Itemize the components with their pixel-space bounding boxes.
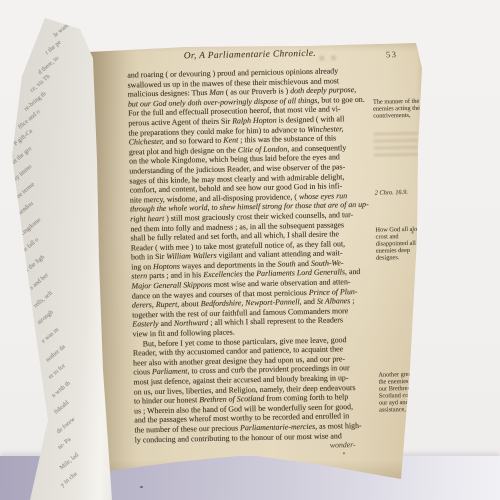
page-edge-text-fragment: r the pe: [44, 39, 63, 56]
page-edge-text-fragment: f the ligh: [24, 254, 46, 274]
page-edge-text-fragment: er to for: [47, 362, 67, 380]
page-edge-text-fragment: friendou: [14, 200, 35, 219]
page-edge-text-fragment: Kingdome: [18, 216, 43, 238]
page-edge-text-fragment: y in cha: [59, 471, 79, 489]
page-edge-text-fragment: nr- Pa: [56, 436, 72, 451]
ghost-marks: [314, 53, 340, 63]
page-number: 53: [386, 49, 398, 59]
page-content: Or, A Parliamentarie Chronicle. 53 and r…: [66, 32, 437, 487]
page-edge-text-fragment: ne fall o: [20, 236, 40, 254]
page-edge-text-fragment: fideabl: [53, 399, 71, 415]
page-edge-text-fragment: ut the gro: [11, 145, 34, 166]
ink-speck: [412, 231, 414, 234]
page-edge-text-fragment: de forew: [55, 416, 76, 435]
book-photo: Or, A Parliamentarie Chronicle. 53 and r…: [0, 0, 500, 500]
book-page: Or, A Parliamentarie Chronicle. 53 and r…: [66, 38, 428, 486]
page-edge-text-fragment: P gift-Ca: [12, 128, 34, 148]
body-text: and roaring ( or devouring ) proud and p…: [127, 66, 380, 445]
page-edge-text-fragment: n with th: [50, 380, 71, 400]
page-edge-text-fragment: Mile, lad: [58, 452, 80, 472]
page-edge-text-fragment: d there, to: [37, 55, 61, 76]
page-edge-text-fragment: nother da: [44, 343, 66, 363]
running-header-title: Or, A Parliamentarie Chronicle.: [184, 49, 316, 62]
page-edge-text-fragment: rells, selt: [32, 290, 54, 310]
margin-note: The manner of the enemies acting their c…: [373, 98, 429, 120]
page-edge-text-fragment: s and her: [28, 272, 50, 292]
margin-note: Another great plot of the enemies to hin…: [378, 370, 435, 414]
margin-note: How God all along crost and disappointed…: [375, 226, 432, 263]
page-edge-text-fragment: ce, vis Th: [29, 73, 52, 94]
ink-speck: [343, 452, 345, 454]
page-edge-text-fragment: t be terme: [13, 181, 36, 202]
margin-note: 2 Chro. 16.9.: [375, 189, 431, 197]
ink-speck: [140, 486, 143, 488]
page-edge-text-fragment: strongh: [36, 309, 55, 326]
page-edge-text-fragment: le wares: [52, 20, 72, 39]
catchword: wonder-: [330, 440, 356, 450]
ghost-text: [374, 132, 419, 161]
page-edge-text-fragment: e was m: [40, 326, 60, 344]
